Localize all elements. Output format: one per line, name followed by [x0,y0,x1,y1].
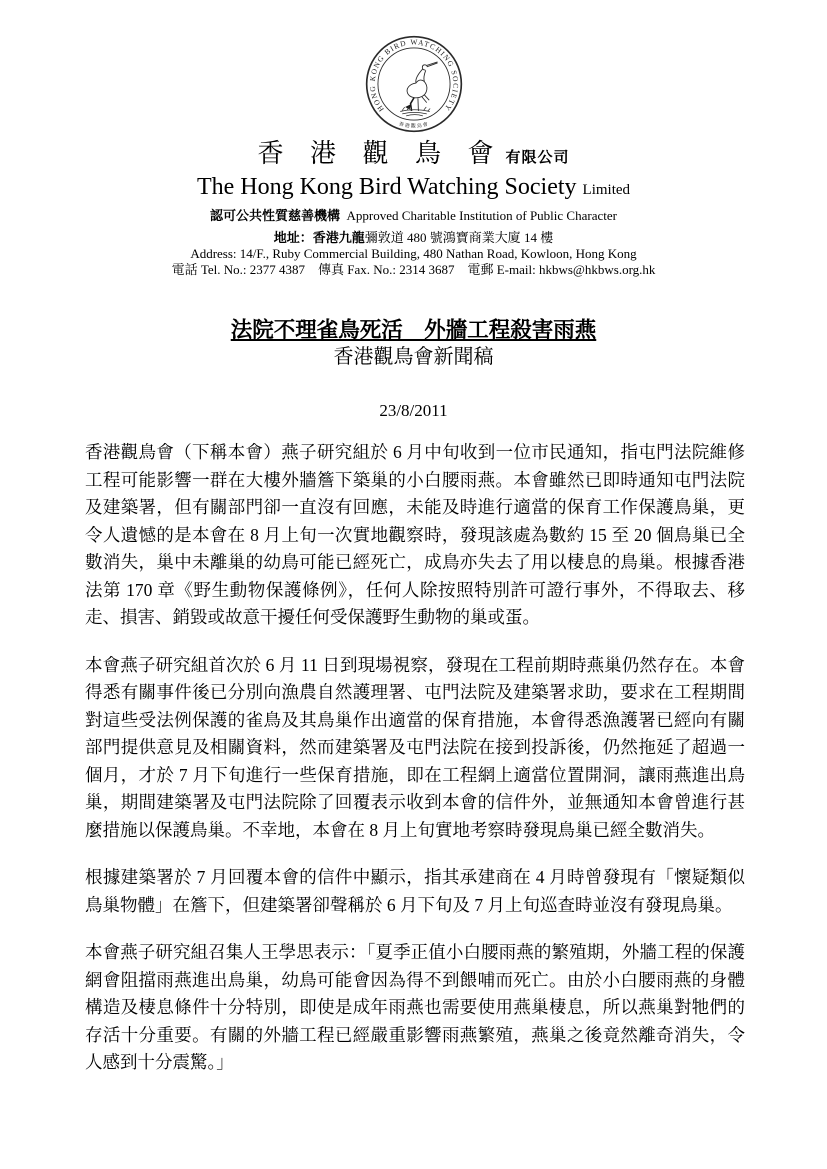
charity-status-cn: 認可公共性質慈善機構 [210,208,340,223]
org-name-en-text: The Hong Kong Bird Watching Society [197,174,577,200]
address-line-en: Address: 14/F., Ruby Commercial Building… [0,246,827,262]
address-cn-bold: 地址：香港九龍 [274,230,365,245]
press-release-paragraph: 本會燕子研究組首次於 6 月 11 日到現場視察，發現在工程前期時燕巢仍然存在。… [85,652,745,845]
charity-status-en: Approved Charitable Institution of Publi… [347,208,617,223]
press-release-title: 法院不理雀鳥死活 外牆工程殺害雨燕 [0,316,827,344]
org-suffix-en: Limited [583,182,631,198]
letterhead: HONG KONG BIRD WATCHING SOCIETY 香港觀鳥會 [0,0,827,278]
press-release-date: 23/8/2011 [0,400,827,422]
seal-ring-text-cn: 香港觀鳥會 [398,120,430,129]
org-name-cn-text: 香 港 觀 鳥 會 [257,139,503,168]
org-suffix-cn: 有限公司 [506,150,570,166]
svg-text:香港觀鳥會: 香港觀鳥會 [398,120,430,129]
press-release-paragraph: 根據建築署於 7 月回覆本會的信件中顯示，指其承建商在 4 月時曾發現有「懷疑類… [85,864,745,919]
charity-status-line: 認可公共性質慈善機構 Approved Charitable Instituti… [0,206,827,225]
press-release-body: 香港觀鳥會（下稱本會）燕子研究組於 6 月中旬收到一位市民通知，指屯門法院維修工… [0,439,827,1077]
address-cn-rest: 彌敦道 480 號鴻寶商業大廈 14 樓 [365,230,554,245]
press-release-paragraph: 香港觀鳥會（下稱本會）燕子研究組於 6 月中旬收到一位市民通知，指屯門法院維修工… [85,439,745,632]
society-logo: HONG KONG BIRD WATCHING SOCIETY 香港觀鳥會 [0,35,827,133]
press-release-subtitle: 香港觀鳥會新聞稿 [0,344,827,371]
egret-bird-icon [400,62,437,116]
address-line-cn: 地址：香港九龍彌敦道 480 號鴻寶商業大廈 14 樓 [0,230,827,246]
org-name-cn: 香 港 觀 鳥 會有限公司 [0,139,827,173]
society-seal-icon: HONG KONG BIRD WATCHING SOCIETY 香港觀鳥會 [365,35,463,133]
press-release-title-text: 法院不理雀鳥死活 外牆工程殺害雨燕 [231,318,597,342]
org-name-en: The Hong Kong Bird Watching Society Limi… [0,173,827,204]
press-release-page: HONG KONG BIRD WATCHING SOCIETY 香港觀鳥會 [0,0,827,1169]
press-release-paragraph: 本會燕子研究組召集人王學思表示：「夏季正值小白腰雨燕的繁殖期，外牆工程的保護網會… [85,939,745,1077]
contact-line: 電話 Tel. No.: 2377 4387 傳真 Fax. No.: 2314… [0,262,827,278]
